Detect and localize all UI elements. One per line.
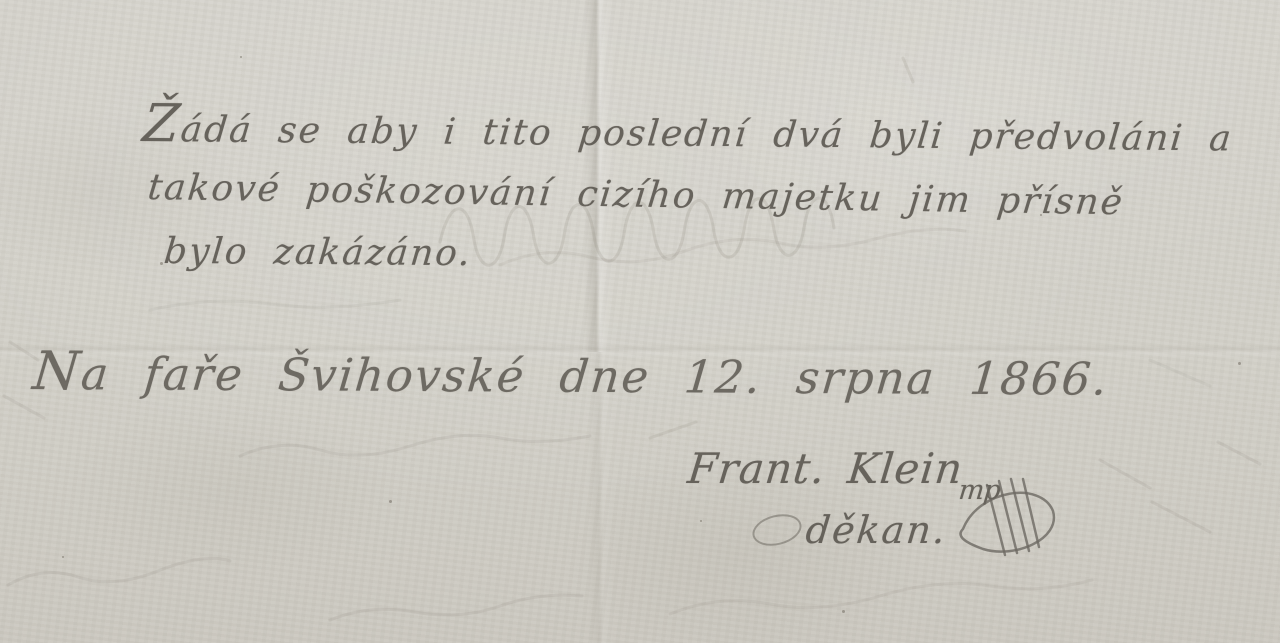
paper-speck <box>389 500 392 503</box>
signature-name-row: Frant. Kleinmp <box>685 444 1069 493</box>
document-page: Žádá se aby i tito poslední dvá byli pře… <box>0 0 1280 643</box>
signature-title-row: děkan. <box>752 493 1067 567</box>
flourish-oval-icon <box>749 509 805 550</box>
paper-speck <box>842 610 845 613</box>
paper-speck <box>62 556 64 558</box>
signature-title: děkan. <box>804 508 950 552</box>
paper-speck <box>240 56 242 58</box>
body-line-2: takové poškozování cizího majetku jim př… <box>146 167 1126 223</box>
signature-name: Frant. Klein <box>685 444 965 493</box>
dateline: Na faře Švihovské dne 12. srpna 1866. <box>30 340 1112 408</box>
body-line-1: Žádá se aby i tito poslední dvá byli pře… <box>140 94 1236 163</box>
paper-speck <box>1238 362 1241 365</box>
body-line-3: bylo zakázáno. <box>162 231 474 274</box>
signature-block: Frant. Kleinmp děkan. <box>688 444 1067 567</box>
signature-mp-paraph: mp <box>957 475 1001 506</box>
